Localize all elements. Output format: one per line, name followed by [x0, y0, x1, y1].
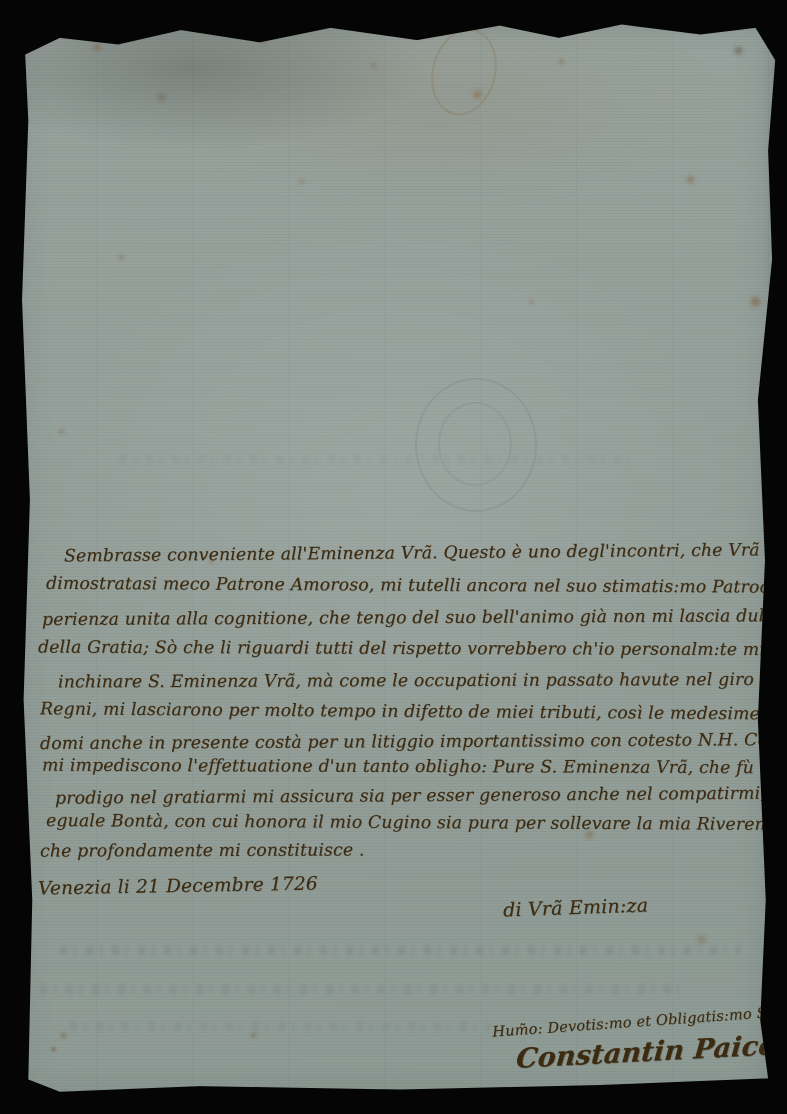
manuscript-line: perienza unita alla cognitione, che teng…	[42, 606, 787, 630]
manuscript-line: della Gratia; Sò che li riguardi tutti d…	[38, 638, 787, 661]
manuscript-line: Sembrasse conveniente all'Eminenza Vrã. …	[64, 540, 787, 567]
manuscript-line: che profondamente mi constituisce .	[40, 840, 365, 861]
dateline: Venezia li 21 Decembre 1726	[38, 874, 318, 900]
scanned-letter-image: Sembrasse conveniente all'Eminenza Vrã. …	[0, 0, 787, 1114]
verso-bleedthrough	[40, 985, 680, 994]
address-line: di Vrã Emin:za	[503, 894, 649, 921]
manuscript-line: Regni, mi lasciarono per molto tempo in …	[40, 699, 787, 724]
manuscript-line: domi anche in presente costà per un liti…	[40, 730, 787, 754]
watermark-inner-ring	[438, 402, 512, 486]
manuscript-line: inchinare S. Eminenza Vrã, mà come le oc…	[58, 670, 787, 693]
letter-page: Sembrasse conveniente all'Eminenza Vrã. …	[0, 0, 787, 1114]
verso-bleedthrough	[70, 1022, 490, 1031]
verso-bleedthrough	[60, 946, 740, 955]
foxing-stains	[0, 0, 3, 3]
verso-bleedthrough	[120, 455, 640, 464]
manuscript-line: eguale Bontà, con cui honora il mio Cugi…	[46, 811, 787, 835]
manuscript-line: mi impediscono l'effettuatione d'un tant…	[42, 756, 787, 779]
manuscript-line: prodigo nel gratiarmi mi assicura sia pe…	[55, 783, 787, 808]
faint-top-doodle	[422, 22, 505, 123]
manuscript-line: dimostratasi meco Patrone Amoroso, mi tu…	[46, 574, 787, 598]
